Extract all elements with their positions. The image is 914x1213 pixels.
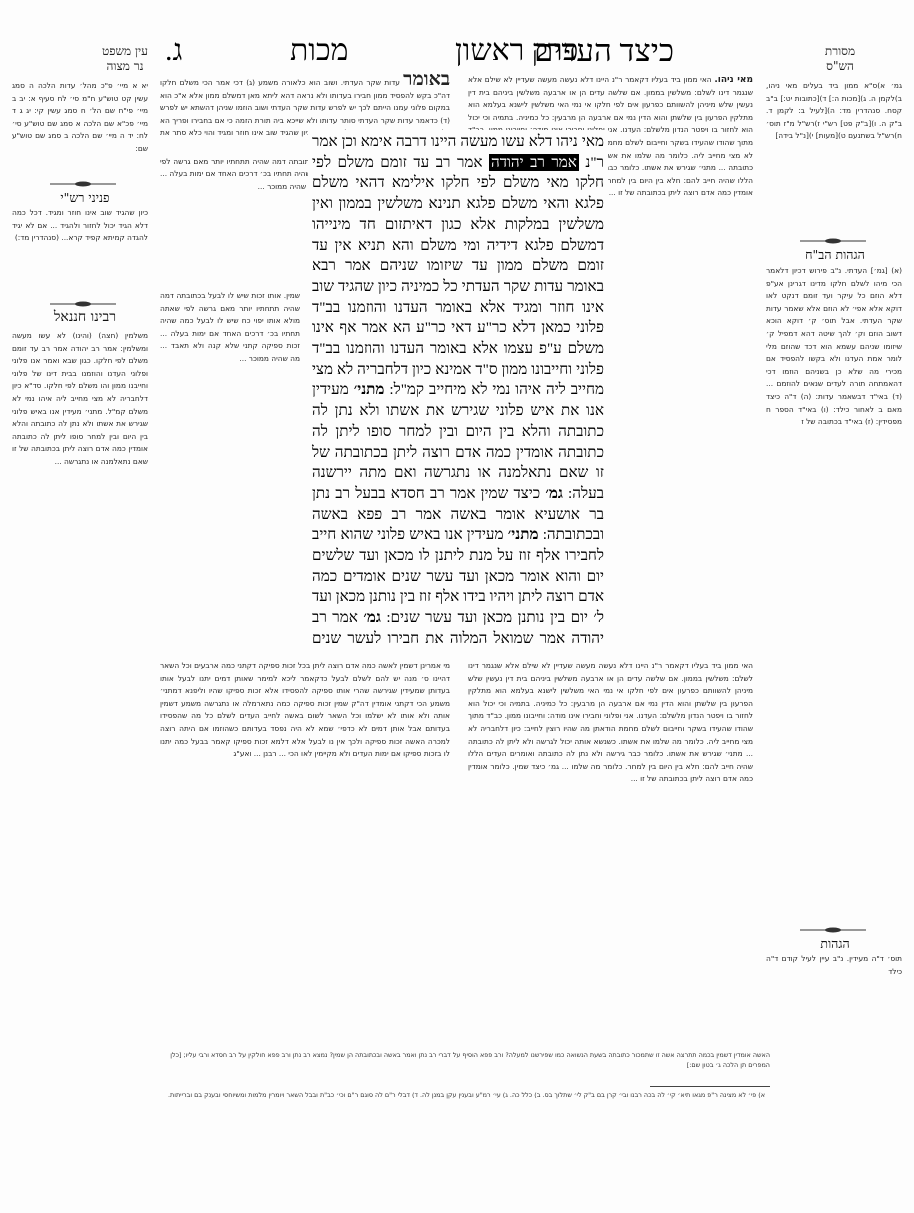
gemara-text-1b: אמר רב עד זומם משלם לפי חלקו מאי משלם לפ… bbox=[312, 154, 604, 399]
rashi-lower-right: האי ממון ביד בעליו דקאמר ר"נ היינו דלא נ… bbox=[468, 660, 753, 1040]
gemara-2-lead: גמ׳ bbox=[545, 485, 563, 502]
ornament-divider bbox=[800, 926, 866, 934]
pninei-rashi-text: כיון שהגיד שוב אינו חוזר ומגיד. דכל כמה … bbox=[12, 207, 148, 277]
hagahot-bach-text: (א) [גמ׳] העדתי. נ"ב פירוש דכיון דלאמר ה… bbox=[766, 265, 902, 915]
gemara-3-lead: גמ׳ bbox=[363, 609, 381, 626]
rabbenu-chananel-title: רבינו חננאל bbox=[30, 309, 140, 326]
rashi-lead-word: מאי ניהו. bbox=[714, 75, 753, 85]
pninei-rashi-title: פניני רש"י bbox=[30, 190, 140, 206]
ein-mishpat-title: עין משפט נר מצוה bbox=[80, 44, 170, 74]
mishnah-1-text: מעידין אנו את איש פלוני שגירש את אשתו ול… bbox=[312, 381, 604, 502]
ornament-divider bbox=[50, 180, 116, 188]
masoret-hashas-text: גמ׳ א)ס"א ממון ביד בעלים מאי ניהו, ב)לקמ… bbox=[766, 80, 902, 230]
mishnah-1-lead: מתני׳ bbox=[354, 381, 385, 398]
hagahot-title: הגהות bbox=[780, 936, 890, 952]
hagahot-text: תוס׳ ד"ה מעידין. נ"ב עיין לעיל קודם ד"ה … bbox=[766, 953, 902, 983]
hagahot-bach-title: הגהות הב"ח bbox=[780, 247, 890, 263]
gemara-main-text: מאי ניהו דלא עשו מעשה היינו דרבה אימא וכ… bbox=[308, 130, 608, 649]
lower-note: האשה אומדין דשמין בכמה תתרצה אשה זו שתמכ… bbox=[150, 1050, 770, 1080]
tosafot-lower-left: מי אמרינן דשמין לאשה כמה אדם רוצה ליתן ב… bbox=[160, 660, 450, 1040]
tosafot-lead-word: באומר bbox=[403, 74, 450, 90]
tractate-header: מכות bbox=[290, 34, 348, 68]
tosafot-side: שמין. אותו זכות שיש לו לבעל בכתובתה דמה … bbox=[160, 290, 300, 650]
gemara-highlight[interactable]: אמר רב יהודה bbox=[489, 154, 579, 171]
ornament-divider bbox=[50, 300, 116, 308]
chapter-number-header-visible: פרק ראשון bbox=[455, 34, 578, 68]
footnote-rule bbox=[650, 1086, 770, 1087]
masoret-hashas-title: מסורת הש"ס bbox=[790, 44, 890, 74]
mishnah-2-lead: מתני׳ bbox=[508, 526, 539, 543]
rabbenu-chananel-text: משלמין (חצה) (והינו) לא עשו מעשה ומשלמין… bbox=[12, 330, 148, 1050]
ein-mishpat-text: יא א מיי׳ פ"כ מהל׳ עדות הלכה ה סמג עשין … bbox=[12, 80, 148, 175]
ornament-divider bbox=[800, 237, 866, 245]
footnotes: א) פי׳ לא מצינה ר"פ מגאו תיא׳ קי׳ לה בכה… bbox=[45, 1090, 765, 1100]
